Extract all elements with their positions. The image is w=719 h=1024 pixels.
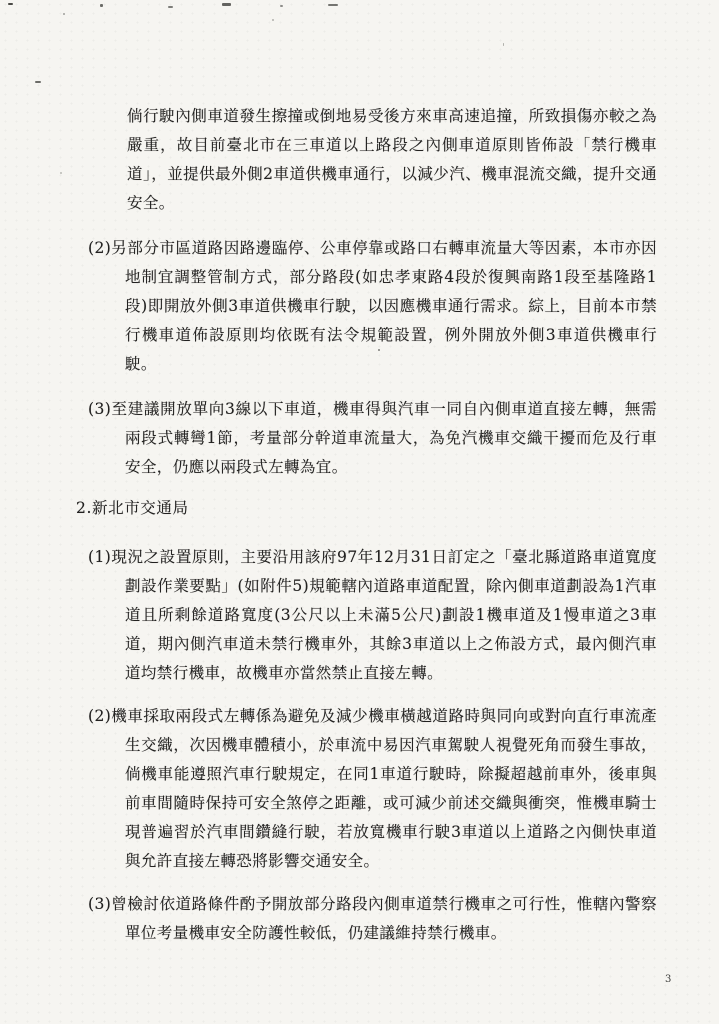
page-number: 3	[665, 974, 671, 985]
document-body: 倘行駛內側車道發生擦撞或倒地易受後方來車高速追撞，所致損傷亦較之為嚴重，故目前臺…	[0, 0, 719, 948]
list-item-section2-3: (3)曾檢討依道路條件酌予開放部分路段內側車道禁行機車之可行性，惟轄內警察單位考…	[125, 890, 657, 948]
list-item-text: 另部分市區道路因路邊臨停、公車停靠或路口右轉車流量大等因素，本市亦因地制宜調整管…	[111, 239, 657, 373]
scanned-document-page: 倘行駛內側車道發生擦撞或倒地易受後方來車高速追撞，所致損傷亦較之為嚴重，故目前臺…	[0, 0, 719, 1024]
list-item-marker: (2)	[88, 239, 111, 257]
paragraph-continuation: 倘行駛內側車道發生擦撞或倒地易受後方來車高速追撞，所致損傷亦較之為嚴重，故目前臺…	[127, 102, 657, 218]
list-item-marker: (1)	[88, 548, 111, 566]
section-heading-xinbei-traffic-bureau: 2.新北市交通局	[76, 497, 657, 519]
list-item-section2-1: (1)現況之設置原則，主要沿用該府97年12月31日訂定之「臺北縣道路車道寬度劃…	[125, 543, 657, 688]
list-item-marker: (3)	[88, 895, 111, 913]
list-item-text: 機車採取兩段式左轉係為避免及減少機車橫越道路時與同向或對向直行車流產生交織，次因…	[111, 707, 657, 870]
list-item-section1-3: (3)至建議開放單向3線以下車道，機車得與汽車一同自內側車道直接左轉，無需兩段式…	[125, 395, 657, 482]
list-item-marker: (2)	[88, 707, 111, 725]
list-item-section1-2: (2)另部分市區道路因路邊臨停、公車停靠或路口右轉車流量大等因素，本市亦因地制宜…	[125, 234, 657, 379]
list-item-section2-2: (2)機車採取兩段式左轉係為避免及減少機車橫越道路時與同向或對向直行車流產生交織…	[125, 702, 657, 876]
list-item-text: 至建議開放單向3線以下車道，機車得與汽車一同自內側車道直接左轉，無需兩段式轉彎1…	[111, 400, 657, 476]
list-item-marker: (3)	[88, 400, 111, 418]
list-item-text: 曾檢討依道路條件酌予開放部分路段內側車道禁行機車之可行性，惟轄內警察單位考量機車…	[111, 895, 657, 942]
list-item-text: 現況之設置原則，主要沿用該府97年12月31日訂定之「臺北縣道路車道寬度劃設作業…	[111, 548, 657, 682]
